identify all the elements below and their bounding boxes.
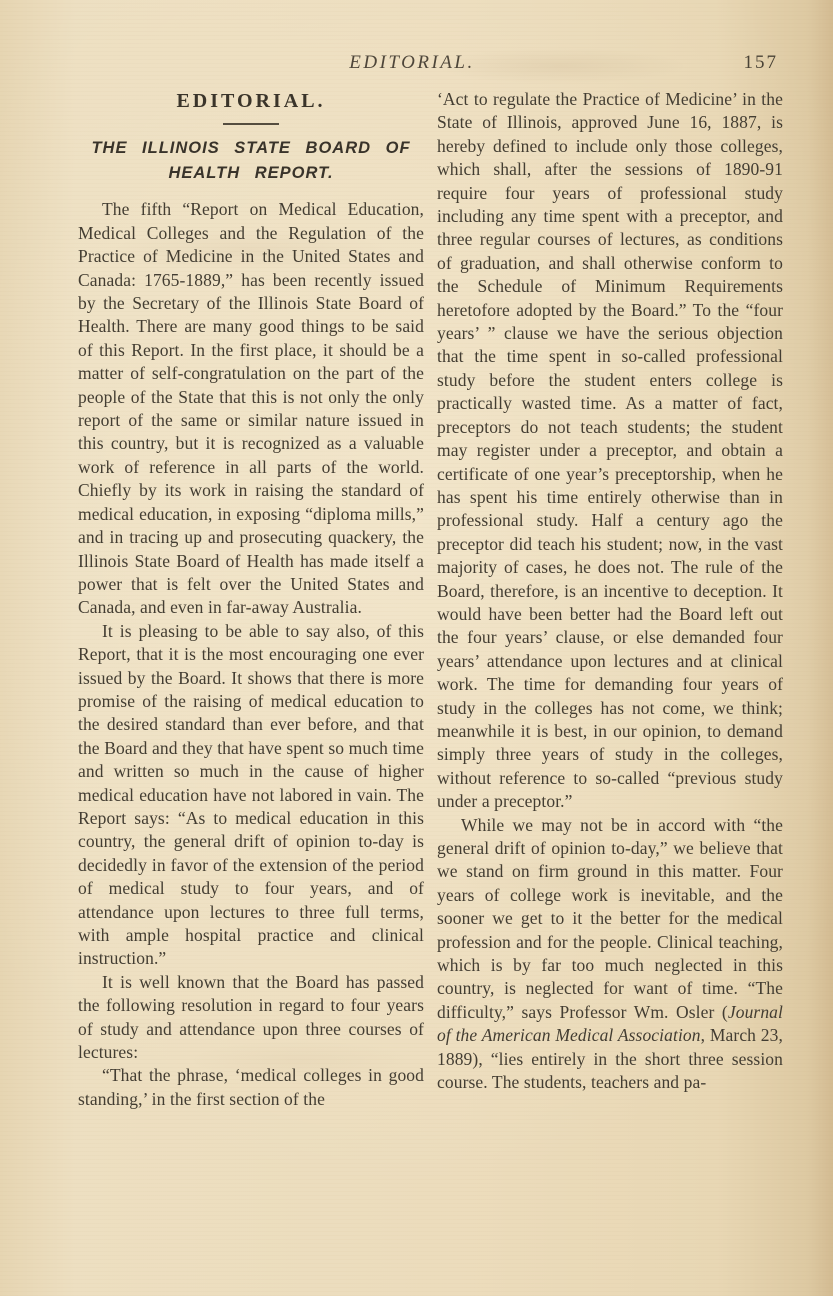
heading-divider — [223, 123, 279, 125]
paragraph-osler-quote: While we may not be in accord with “the … — [437, 814, 783, 1095]
left-column: EDITORIAL. THE ILLINOIS STATE BOARD OF H… — [78, 88, 424, 1111]
paragraph-resolution-quote-start: “That the phrase, ‘medical colleges in g… — [78, 1064, 424, 1111]
osler-paragraph-pre: While we may not be in accord with “the … — [437, 815, 783, 1022]
paragraph-board-resolution-intro: It is well known that the Board has pass… — [78, 971, 424, 1065]
text-columns: EDITORIAL. THE ILLINOIS STATE BOARD OF H… — [78, 88, 784, 1111]
running-head: EDITORIAL. 157 — [78, 52, 782, 78]
article-subtitle: THE ILLINOIS STATE BOARD OF HEALTH REPOR… — [78, 136, 424, 185]
subtitle-line-2: HEALTH REPORT. — [168, 164, 333, 182]
page-number: 157 — [744, 52, 779, 74]
paragraph-encouraging-report: It is pleasing to be able to say also, o… — [78, 620, 424, 971]
paragraph-resolution-quote-continued: ‘Act to regulate the Practice of Medicin… — [437, 88, 783, 814]
paragraph-report-overview: The fifth “Report on Medical Education, … — [78, 198, 424, 619]
subtitle-line-1: THE ILLINOIS STATE BOARD OF — [91, 139, 410, 157]
running-head-title: EDITORIAL. — [60, 52, 764, 74]
journal-page: EDITORIAL. 157 EDITORIAL. THE ILLINOIS S… — [0, 0, 833, 1296]
section-heading: EDITORIAL. — [78, 90, 424, 113]
right-column: ‘Act to regulate the Practice of Medicin… — [437, 88, 783, 1111]
